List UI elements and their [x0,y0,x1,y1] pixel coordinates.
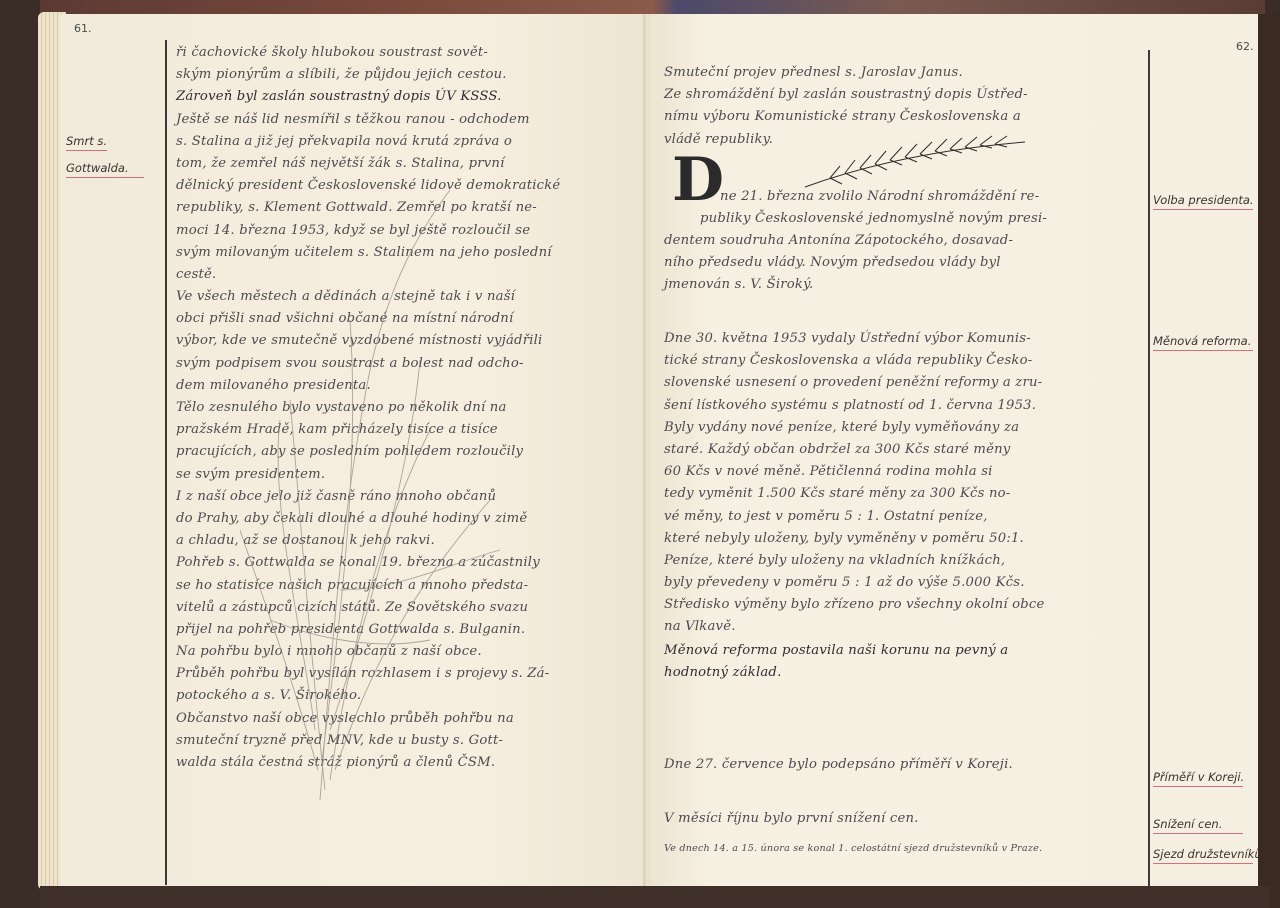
text-line: Ve dnech 14. a 15. února se konal 1. cel… [664,838,1042,860]
right-text-block-2: dentem soudruha Antonína Zápotockého, do… [664,230,1013,297]
text-line: walda stála čestná stráž pionýrů a členů… [176,752,560,774]
text-line: Zároveň byl zaslán soustrastný dopis ÚV … [176,86,560,108]
text-line: obci přišli snad všichni občané na místn… [176,308,560,330]
text-line: s. Stalina a již jej překvapila nová kru… [176,131,560,153]
text-line: dem milovaného presidenta. [176,375,560,397]
text-line: Měnová reforma postavila naši korunu na … [664,640,1008,662]
text-line: hodnotný základ. [664,662,1008,684]
text-line: Ještě se náš lid nesmířil s těžkou ranou… [176,109,560,131]
text-line: Peníze, které byly uloženy na vkladních … [664,550,1045,572]
text-line: ským pionýrům a slíbili, že půjdou jejic… [176,64,560,86]
text-line: I z naší obce jelo již časně ráno mnoho … [176,486,560,508]
text-line: Ze shromáždění byl zaslán soustrastný do… [664,84,1028,106]
text-line: Tělo zesnulého bylo vystaveno po několik… [176,397,560,419]
text-line: slovenské usnesení o provedení peněžní r… [664,372,1045,394]
text-line: 60 Kčs v nové měně. Pětičlenná rodina mo… [664,461,1045,483]
text-line: jmenován s. V. Široký. [664,274,1013,296]
text-line: ního předsedu vlády. Novým předsedou vlá… [664,252,1013,274]
right-text-block-3: Dne 30. května 1953 vydaly Ústřední výbo… [664,328,1045,639]
right-text-block-2-first: ne 21. března zvolilo Národní shromážděn… [720,186,1039,208]
margin-note-sjezd-druzstevniku: Sjezd družstevníků [1153,847,1253,864]
margin-note-volba-presidenta: Volba presidenta. [1153,193,1253,210]
text-line: svým podpisem svou soustrast a bolest na… [176,353,560,375]
text-line: nímu výboru Komunistické strany Českoslo… [664,106,1028,128]
text-line: smuteční tryzně před MNV, kde u busty s.… [176,730,560,752]
text-line: vitelů a zástupců cizích států. Ze Sovět… [176,597,560,619]
text-line: byly převedeny v poměru 5 : 1 až do výše… [664,572,1045,594]
text-line: staré. Každý občan obdržel za 300 Kčs st… [664,439,1045,461]
margin-rule-right [1148,50,1150,886]
text-line: Středisko výměny bylo zřízeno pro všechn… [664,594,1045,616]
text-line: na Vlkavě. [664,616,1045,638]
text-line: Dne 30. května 1953 vydaly Ústřední výbo… [664,328,1045,350]
text-line: šení lístkového systému s platností od 1… [664,395,1045,417]
text-line: dentem soudruha Antonína Zápotockého, do… [664,230,1013,252]
margin-note-smrt: Smrt s. [66,134,107,151]
text-line: přijel na pohřeb presidenta Gottwalda s.… [176,619,560,641]
text-line: republiky, s. Klement Gottwald. Zemřel p… [176,197,560,219]
text-line: a chladu, až se dostanou k jeho rakvi. [176,530,560,552]
text-line: pracujících, aby se posledním pohledem r… [176,441,560,463]
text-line: dělnický president Československé lidově… [176,175,560,197]
text-line: Průběh pohřbu byl vysílán rozhlasem i s … [176,663,560,685]
text-line: publiky Československé jednomyslně novým… [700,208,1047,230]
text-line: Občanstvo naší obce vyslechlo průběh poh… [176,708,560,730]
text-line: Byly vydány nové peníze, které byly vymě… [664,417,1045,439]
text-line: cestě. [176,264,560,286]
book-right-edge [1258,14,1280,908]
text-line: Na pohřbu bylo i mnoho občanů z naší obc… [176,641,560,663]
text-line: vé měny, to jest v poměru 5 : 1. Ostatní… [664,506,1045,528]
margin-note-primeri-v-koreji: Příměří v Koreji. [1153,770,1243,787]
right-text-block-6: V měsíci říjnu bylo první snížení cen. [664,808,919,830]
text-line: tedy vyměnit 1.500 Kčs staré měny za 300… [664,483,1045,505]
text-line: se svým presidentem. [176,464,560,486]
right-text-block-4: Měnová reforma postavila naši korunu na … [664,640,1008,684]
left-page-text: ři čachovické školy hlubokou soustrast s… [176,42,560,774]
text-line: Ve všech městech a dědinách a stejně tak… [176,286,560,308]
text-line: ne 21. března zvolilo Národní shromážděn… [720,186,1039,208]
margin-note-snizeni-cen: Snížení cen. [1153,817,1243,834]
text-line: pražském Hradě, kam přicházely tisíce a … [176,419,560,441]
text-line: Pohřeb s. Gottwalda se konal 19. března … [176,552,560,574]
margin-note-gottwalda: Gottwalda. [66,161,144,178]
text-line: Smuteční projev přednesl s. Jaroslav Jan… [664,62,1028,84]
text-line: tom, že zemřel náš největší žák s. Stali… [176,153,560,175]
right-text-block-5: Dne 27. července bylo podepsáno příměří … [664,754,1013,776]
text-line: výbor, kde ve smutečně vyzdobené místnos… [176,330,560,352]
text-line: Dne 27. července bylo podepsáno příměří … [664,754,1013,776]
margin-rule-left [165,40,167,885]
text-line: ři čachovické školy hlubokou soustrast s… [176,42,560,64]
margin-note-menova-reforma: Měnová reforma. [1153,334,1253,351]
text-line: do Prahy, aby čekali dlouhé a dlouhé hod… [176,508,560,530]
text-line: moci 14. března 1953, když se byl ještě … [176,220,560,242]
right-text-block-1: Smuteční projev přednesl s. Jaroslav Jan… [664,62,1028,151]
page-number-right: 62. [1236,40,1254,53]
text-line: svým milovaným učitelem s. Stalinem na j… [176,242,560,264]
text-line: tické strany Československa a vláda repu… [664,350,1045,372]
text-line: potockého a s. V. Širokého. [176,685,560,707]
text-line: se ho statisíce našich pracujících a mno… [176,575,560,597]
text-line: V měsíci říjnu bylo první snížení cen. [664,808,919,830]
right-text-block-2-second: publiky Československé jednomyslně novým… [700,208,1047,230]
book-bottom-edge [40,886,1270,908]
page-number-left: 61. [74,22,92,35]
text-line: které nebyly uloženy, byly vyměněny v po… [664,528,1045,550]
right-text-block-7: Ve dnech 14. a 15. února se konal 1. cel… [664,838,1042,860]
